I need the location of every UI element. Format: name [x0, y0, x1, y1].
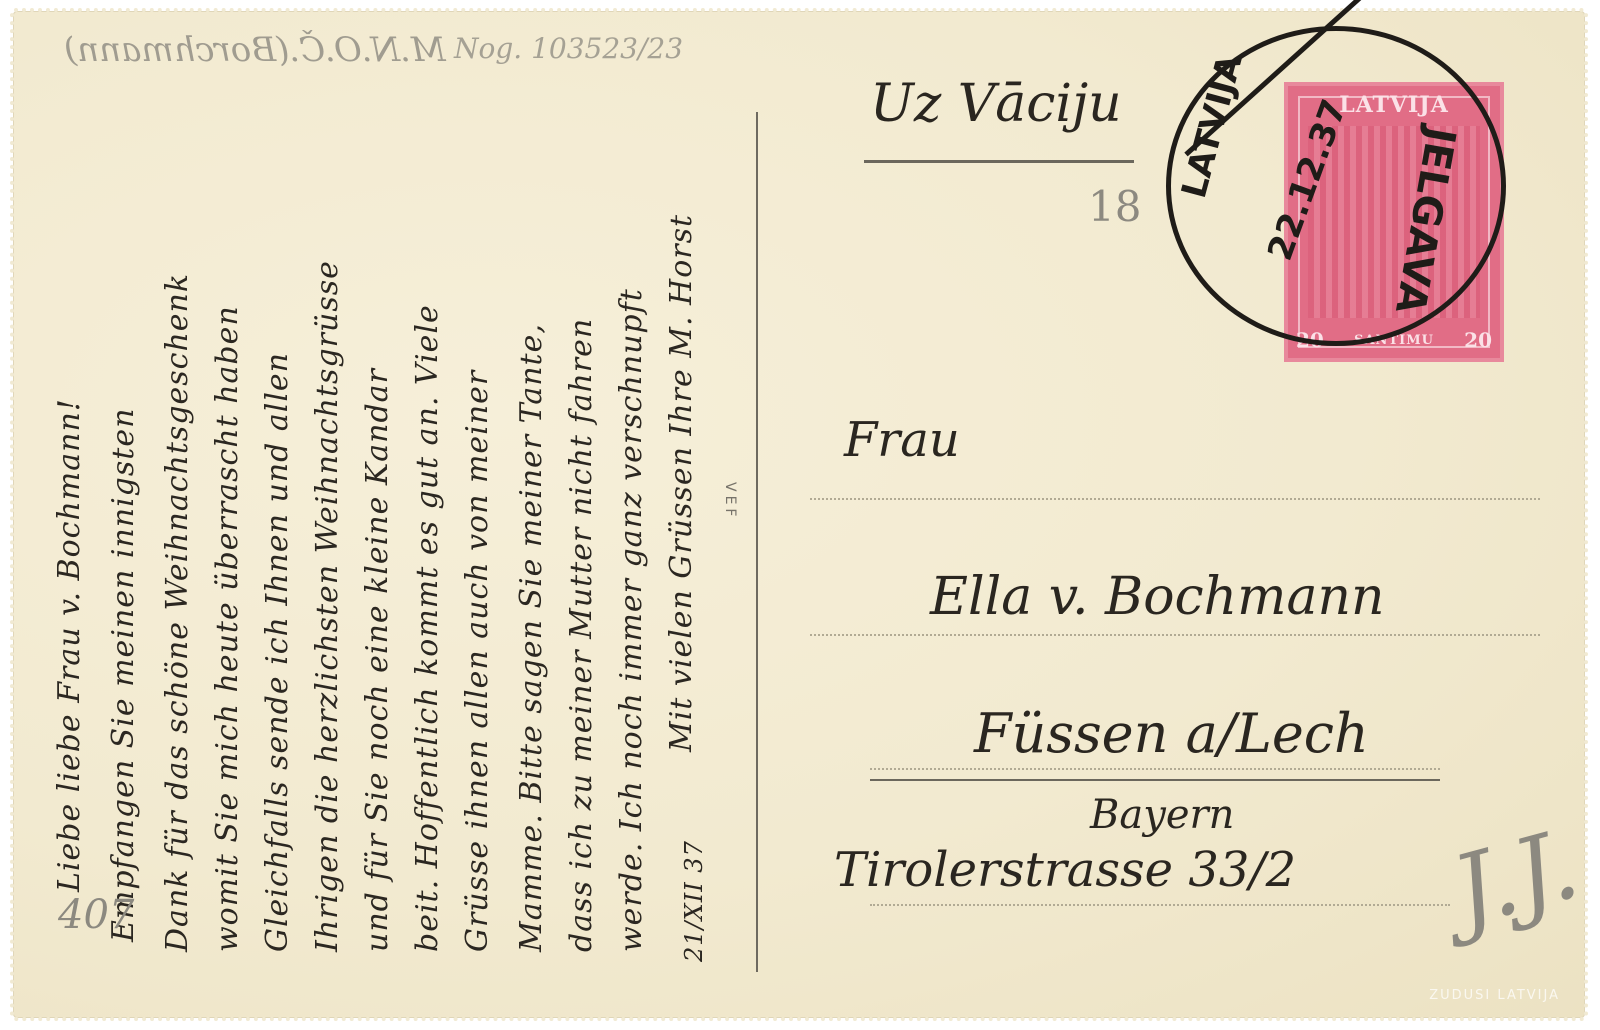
message-line: beit. Hoffentlich kommt es gut an. Viele [410, 304, 445, 952]
address-region: Bayern [1090, 792, 1234, 838]
address-line-1 [810, 498, 1540, 500]
address-city: Füssen a/Lech [974, 702, 1369, 765]
message-line: werde. Ich noch immer ganz verschnupft [614, 288, 649, 952]
pencil-initials: J.J. [1442, 808, 1590, 948]
message-line: womit Sie mich heute überrascht haben [210, 305, 245, 952]
address-city-underline [870, 779, 1440, 781]
address-name: Ella v. Bochmann [930, 567, 1384, 627]
archive-pencil-note: M.N.O.Č.(Borchmann) [64, 30, 446, 70]
address-line-4 [870, 904, 1450, 906]
address-line-3 [870, 768, 1440, 770]
message-line: dass ich zu meiner Mutter nicht fahren [564, 318, 599, 952]
bottom-left-pencil-number: 407 [58, 892, 134, 938]
message-signature: Mit vielen Grüssen Ihre M. Horst [664, 214, 699, 752]
number-note: 18 [1088, 182, 1141, 231]
message-line: Ihrigen die herzlichsten Weihnachtsgrüss… [310, 260, 345, 952]
message-line: Dank für das schöne Weihnachtsgeschenk [160, 273, 195, 952]
printer-mark: VEF [722, 482, 738, 520]
inventory-number: Nog. 103523/23 [454, 32, 683, 65]
message-line: Gleichfalls sende ich Ihnen und allen [260, 352, 295, 952]
message-line: Liebe liebe Frau v. Bochmann! [52, 398, 87, 892]
destination-note: Uz Vāciju [870, 74, 1122, 134]
address-street: Tirolerstrasse 33/2 [834, 842, 1296, 898]
message-line: Grüsse ihnen allen auch von meiner [460, 370, 495, 952]
destination-underline [864, 160, 1134, 163]
written-date: 21/XII 37 [680, 840, 708, 962]
address-line-2 [810, 634, 1540, 636]
stamp-value-right: 20 [1464, 328, 1492, 352]
message-line: und für Sie noch eine kleine Kandar [360, 368, 395, 952]
message-line: Mamme. Bitte sagen Sie meiner Tante, [514, 323, 549, 952]
postcard: M.N.O.Č.(Borchmann) Nog. 103523/23 Liebe… [14, 12, 1584, 1017]
center-divider [756, 112, 758, 972]
address-salutation: Frau [844, 412, 960, 468]
watermark: ZUDUSI LATVIJA [1429, 988, 1560, 1003]
message-line: Empfangen Sie meinen innigsten [106, 408, 141, 942]
